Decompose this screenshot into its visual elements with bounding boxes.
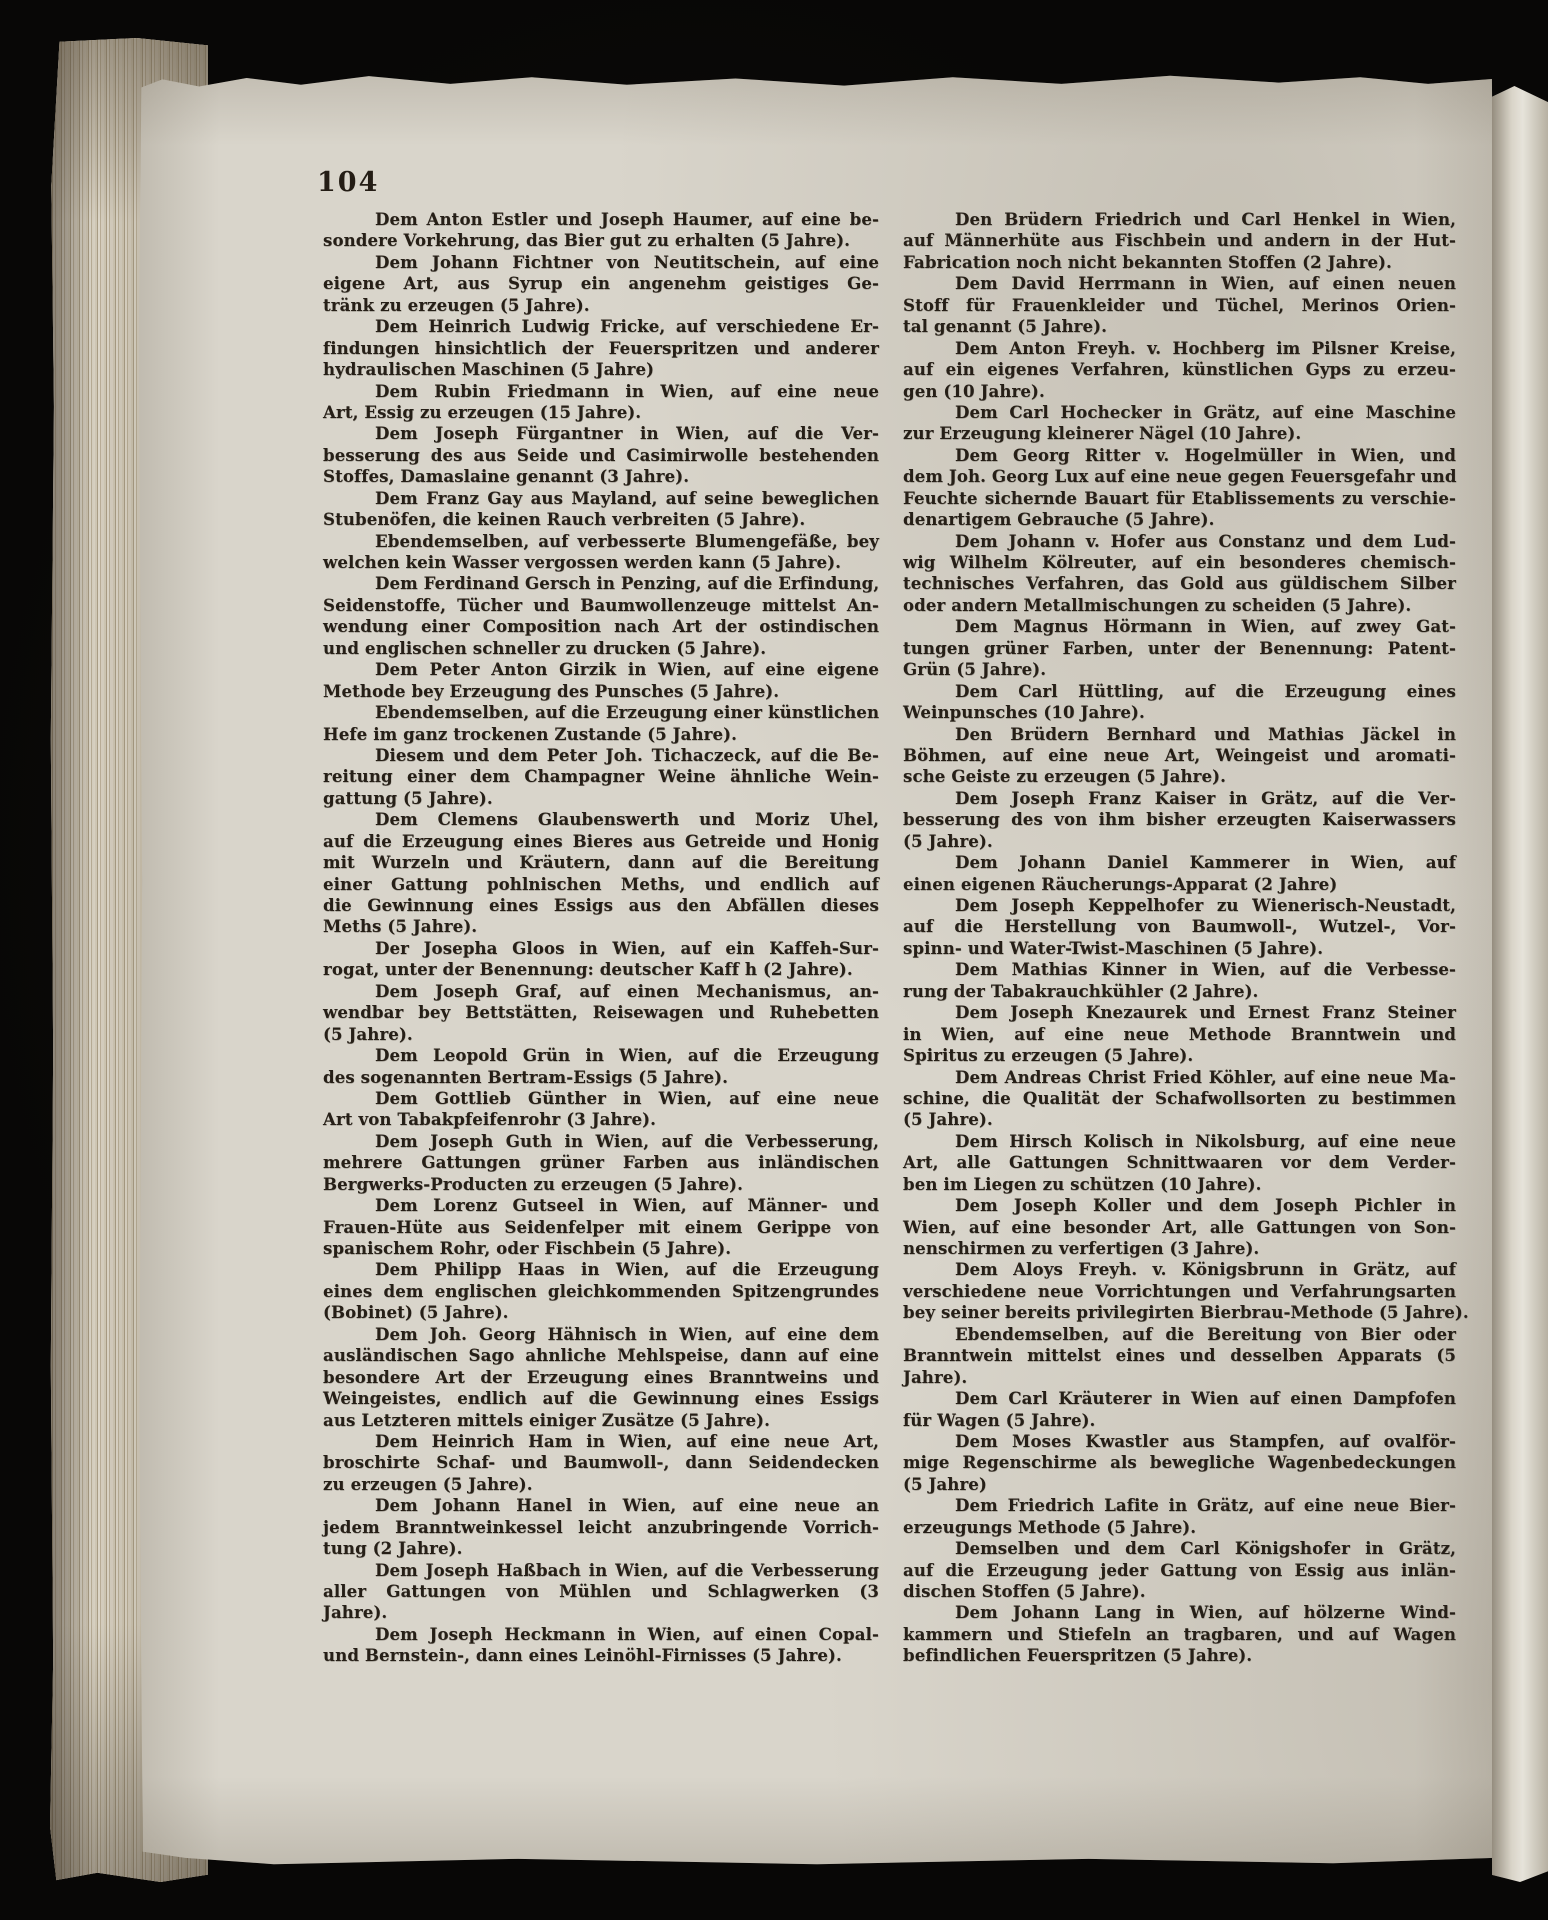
text-line: besserung des von ihm bisher erzeugten K…: [903, 809, 1456, 830]
text-line: Dem Joh. Georg Hähnisch in Wien, auf ein…: [323, 1324, 879, 1345]
text-line: Dem Joseph Fürgantner in Wien, auf die V…: [323, 423, 879, 444]
text-line: reitung einer dem Champagner Weine ähnli…: [323, 766, 879, 787]
text-line: Ebendemselben, auf die Bereitung von Bie…: [903, 1324, 1456, 1345]
text-line: Frauen-Hüte aus Seidenfelper mit einem G…: [323, 1217, 879, 1238]
text-line: Dem Joseph Koller und dem Joseph Pichler…: [903, 1195, 1456, 1216]
text-line: Dem Rubin Friedmann in Wien, auf eine ne…: [323, 381, 879, 402]
text-line: Dem Johann Hanel in Wien, auf eine neue …: [323, 1495, 879, 1516]
text-line: aus Letzteren mittels einiger Zusätze (5…: [323, 1410, 879, 1431]
text-line: Dem Johann Daniel Kammerer in Wien, auf: [903, 852, 1456, 873]
text-line: tungen grüner Farben, unter der Benennun…: [903, 638, 1456, 659]
text-line: auf die Herstellung von Baumwoll-, Wutze…: [903, 916, 1456, 937]
text-line: befindlichen Feuerspritzen (5 Jahre).: [903, 1645, 1456, 1666]
text-line: Dem Joseph Guth in Wien, auf die Verbess…: [323, 1131, 879, 1152]
text-line: Wien, auf eine besonder Art, alle Gattun…: [903, 1217, 1456, 1238]
text-line: hydraulischen Maschinen (5 Jahre): [323, 359, 879, 380]
text-line: Dem Joseph Keppelhofer zu Wienerisch-Neu…: [903, 895, 1456, 916]
text-line: Weinpunsches (10 Jahre).: [903, 702, 1456, 723]
text-line: Art, alle Gattungen Schnittwaaren vor de…: [903, 1152, 1456, 1173]
text-line: Jahre).: [903, 1367, 1456, 1388]
text-line: Spiritus zu erzeugen (5 Jahre).: [903, 1045, 1456, 1066]
text-line: tränk zu erzeugen (5 Jahre).: [323, 295, 879, 316]
text-line: Dem Magnus Hörmann in Wien, auf zwey Gat…: [903, 616, 1456, 637]
text-line: besserung des aus Seide und Casimirwolle…: [323, 445, 879, 466]
text-line: Stoff für Frauenkleider und Tüchel, Meri…: [903, 295, 1456, 316]
text-line: (5 Jahre).: [903, 831, 1456, 852]
text-line: mit Wurzeln und Kräutern, dann auf die B…: [323, 852, 879, 873]
text-line: zur Erzeugung kleinerer Nägel (10 Jahre)…: [903, 423, 1456, 444]
text-line: ausländischen Sago ahnliche Mehlspeise, …: [323, 1345, 879, 1366]
text-line: Dem Georg Ritter v. Hogelmüller in Wien,…: [903, 445, 1456, 466]
text-line: dem Joh. Georg Lux auf eine neue gegen F…: [903, 466, 1456, 487]
text-line: eines dem englischen gleichkommenden Spi…: [323, 1281, 879, 1302]
text-line: verschiedene neue Vorrichtungen und Verf…: [903, 1281, 1456, 1302]
text-line: Dem Anton Estler und Joseph Haumer, auf …: [323, 209, 879, 230]
text-line: Dem Lorenz Gutseel in Wien, auf Männer- …: [323, 1195, 879, 1216]
text-line: denartigem Gebrauche (5 Jahre).: [903, 509, 1456, 530]
text-line: Dem Carl Hüttling, auf die Erzeugung ein…: [903, 681, 1456, 702]
text-line: Meths (5 Jahre).: [323, 916, 879, 937]
text-line: und englischen schneller zu drucken (5 J…: [323, 638, 879, 659]
text-line: Dem Peter Anton Girzik in Wien, auf eine…: [323, 659, 879, 680]
text-line: Dem Johann v. Hofer aus Constanz und dem…: [903, 531, 1456, 552]
text-line: technisches Verfahren, das Gold aus güld…: [903, 573, 1456, 594]
text-line: Methode bey Erzeugung des Punsches (5 Ja…: [323, 681, 879, 702]
text-line: Dem Andreas Christ Fried Köhler, auf ein…: [903, 1067, 1456, 1088]
text-line: Grün (5 Jahre).: [903, 659, 1456, 680]
text-line: Art, Essig zu erzeugen (15 Jahre).: [323, 402, 879, 423]
text-line: jedem Branntweinkessel leicht anzubringe…: [323, 1517, 879, 1538]
text-line: Dem Heinrich Ham in Wien, auf eine neue …: [323, 1431, 879, 1452]
text-line: Den Brüdern Bernhard und Mathias Jäckel …: [903, 724, 1456, 745]
text-line: wendbar bey Bettstätten, Reisewagen und …: [323, 1002, 879, 1023]
text-line: Seidenstoffe, Tücher und Baumwollenzeuge…: [323, 595, 879, 616]
text-column-left: Dem Anton Estler und Joseph Haumer, auf …: [323, 209, 879, 1667]
text-line: Dem Carl Hochecker in Grätz, auf eine Ma…: [903, 402, 1456, 423]
text-line: spanischem Rohr, oder Fischbein (5 Jahre…: [323, 1238, 879, 1259]
text-line: rogat, unter der Benennung: deutscher Ka…: [323, 959, 879, 980]
text-line: einen eigenen Räucherungs-Apparat (2 Jah…: [903, 874, 1456, 895]
text-line: besondere Art der Erzeugung eines Brannt…: [323, 1367, 879, 1388]
text-line: Dem Joseph Heckmann in Wien, auf einen C…: [323, 1624, 879, 1645]
text-line: Der Josepha Gloos in Wien, auf ein Kaffe…: [323, 938, 879, 959]
text-line: einer Gattung pohlnischen Meths, und end…: [323, 874, 879, 895]
text-line: Hefe im ganz trockenen Zustande (5 Jahre…: [323, 724, 879, 745]
text-line: wig Wilhelm Kölreuter, auf ein besondere…: [903, 552, 1456, 573]
text-line: nenschirmen zu verfertigen (3 Jahre).: [903, 1238, 1456, 1259]
text-line: Dem Leopold Grün in Wien, auf die Erzeug…: [323, 1045, 879, 1066]
text-line: Dem Philipp Haas in Wien, auf die Erzeug…: [323, 1259, 879, 1280]
text-line: Demselben und dem Carl Königshofer in Gr…: [903, 1538, 1456, 1559]
text-line: Jahre).: [323, 1602, 879, 1623]
text-line: Böhmen, auf eine neue Art, Weingeist und…: [903, 745, 1456, 766]
text-line: Dem Gottlieb Günther in Wien, auf eine n…: [323, 1088, 879, 1109]
text-line: auf Männerhüte aus Fischbein und andern …: [903, 230, 1456, 251]
text-line: Dem Joseph Graf, auf einen Mechanismus, …: [323, 981, 879, 1002]
text-line: erzeugungs Methode (5 Jahre).: [903, 1517, 1456, 1538]
text-line: sche Geiste zu erzeugen (5 Jahre).: [903, 766, 1456, 787]
text-line: Diesem und dem Peter Joh. Tichaczeck, au…: [323, 745, 879, 766]
text-line: Ebendemselben, auf die Erzeugung einer k…: [323, 702, 879, 723]
text-line: sondere Vorkehrung, das Bier gut zu erha…: [323, 230, 879, 251]
facing-page-fore-edge: [1492, 86, 1548, 1882]
text-line: Weingeistes, endlich auf die Gewinnung e…: [323, 1388, 879, 1409]
text-line: (5 Jahre).: [903, 1109, 1456, 1130]
text-line: Art von Tabakpfeifenrohr (3 Jahre).: [323, 1109, 879, 1130]
text-line: oder andern Metallmischungen zu scheiden…: [903, 595, 1456, 616]
text-line: rung der Tabakrauchkühler (2 Jahre).: [903, 981, 1456, 1002]
text-line: Dem Hirsch Kolisch in Nikolsburg, auf ei…: [903, 1131, 1456, 1152]
text-line: Dem Ferdinand Gersch in Penzing, auf die…: [323, 573, 879, 594]
text-line: Dem Johann Fichtner von Neutitschein, au…: [323, 252, 879, 273]
text-line: Dem Heinrich Ludwig Fricke, auf verschie…: [323, 316, 879, 337]
text-line: kammern und Stiefeln an tragbaren, und a…: [903, 1624, 1456, 1645]
text-column-right: Den Brüdern Friedrich und Carl Henkel in…: [903, 209, 1456, 1667]
text-line: bey seiner bereits privilegirten Bierbra…: [903, 1302, 1456, 1323]
text-line: des sogenannten Bertram-Essigs (5 Jahre)…: [323, 1067, 879, 1088]
text-line: Dem Johann Lang in Wien, auf hölzerne Wi…: [903, 1602, 1456, 1623]
text-line: gen (10 Jahre).: [903, 381, 1456, 402]
text-line: Feuchte sichernde Bauart für Etablisseme…: [903, 488, 1456, 509]
text-line: für Wagen (5 Jahre).: [903, 1410, 1456, 1431]
text-line: eigene Art, aus Syrup ein angenehm geist…: [323, 273, 879, 294]
text-line: mehrere Gattungen grüner Farben aus inlä…: [323, 1152, 879, 1173]
text-line: tung (2 Jahre).: [323, 1538, 879, 1559]
text-line: aller Gattungen von Mühlen und Schlagwer…: [323, 1581, 879, 1602]
text-line: Dem David Herrmann in Wien, auf einen ne…: [903, 273, 1456, 294]
text-line: dischen Stoffen (5 Jahre).: [903, 1581, 1456, 1602]
text-line: zu erzeugen (5 Jahre).: [323, 1474, 879, 1495]
text-line: und Bernstein-, dann eines Leinöhl-Firni…: [323, 1645, 879, 1666]
text-line: mige Regenschirme als bewegliche Wagenbe…: [903, 1452, 1456, 1473]
text-line: (5 Jahre).: [323, 1024, 879, 1045]
text-line: (5 Jahre): [903, 1474, 1456, 1495]
text-line: Dem Aloys Freyh. v. Königsbrunn in Grätz…: [903, 1259, 1456, 1280]
text-line: Dem Franz Gay aus Mayland, auf seine bew…: [323, 488, 879, 509]
page-number: 104: [317, 167, 379, 198]
text-line: Den Brüdern Friedrich und Carl Henkel in…: [903, 209, 1456, 230]
text-line: die Gewinnung eines Essigs aus den Abfäl…: [323, 895, 879, 916]
text-line: Ebendemselben, auf verbesserte Blumengef…: [323, 531, 879, 552]
text-line: schine, die Qualität der Schafwollsorten…: [903, 1088, 1456, 1109]
text-line: Dem Mathias Kinner in Wien, auf die Verb…: [903, 959, 1456, 980]
text-line: auf die Erzeugung eines Bieres aus Getre…: [323, 831, 879, 852]
text-line: spinn- und Water-Twist-Maschinen (5 Jahr…: [903, 938, 1456, 959]
text-line: Stubenöfen, die keinen Rauch verbreiten …: [323, 509, 879, 530]
text-line: Bergwerks-Producten zu erzeugen (5 Jahre…: [323, 1174, 879, 1195]
text-line: welchen kein Wasser vergossen werden kan…: [323, 552, 879, 573]
text-line: tal genannt (5 Jahre).: [903, 316, 1456, 337]
text-line: Branntwein mittelst eines und desselben …: [903, 1345, 1456, 1366]
text-line: Dem Carl Kräuterer in Wien auf einen Dam…: [903, 1388, 1456, 1409]
text-line: Dem Friedrich Lafite in Grätz, auf eine …: [903, 1495, 1456, 1516]
text-line: findungen hinsichtlich der Feuerspritzen…: [323, 338, 879, 359]
text-line: Dem Joseph Knezaurek und Ernest Franz St…: [903, 1002, 1456, 1023]
text-line: Stoffes, Damaslaine genannt (3 Jahre).: [323, 466, 879, 487]
text-line: Dem Joseph Haßbach in Wien, auf die Verb…: [323, 1560, 879, 1581]
text-line: in Wien, auf eine neue Methode Branntwei…: [903, 1024, 1456, 1045]
text-line: auf ein eigenes Verfahren, künstlichen G…: [903, 359, 1456, 380]
text-line: Dem Joseph Franz Kaiser in Grätz, auf di…: [903, 788, 1456, 809]
text-line: broschirte Schaf- und Baumwoll-, dann Se…: [323, 1452, 879, 1473]
text-line: Dem Anton Freyh. v. Hochberg im Pilsner …: [903, 338, 1456, 359]
text-line: gattung (5 Jahre).: [323, 788, 879, 809]
text-line: (Bobinet) (5 Jahre).: [323, 1302, 879, 1323]
text-line: Fabrication noch nicht bekannten Stoffen…: [903, 252, 1456, 273]
text-line: wendung einer Composition nach Art der o…: [323, 616, 879, 637]
text-line: auf die Erzeugung jeder Gattung von Essi…: [903, 1560, 1456, 1581]
text-line: ben im Liegen zu schützen (10 Jahre).: [903, 1174, 1456, 1195]
text-line: Dem Moses Kwastler aus Stampfen, auf ova…: [903, 1431, 1456, 1452]
text-line: Dem Clemens Glaubenswerth und Moriz Uhel…: [323, 809, 879, 830]
